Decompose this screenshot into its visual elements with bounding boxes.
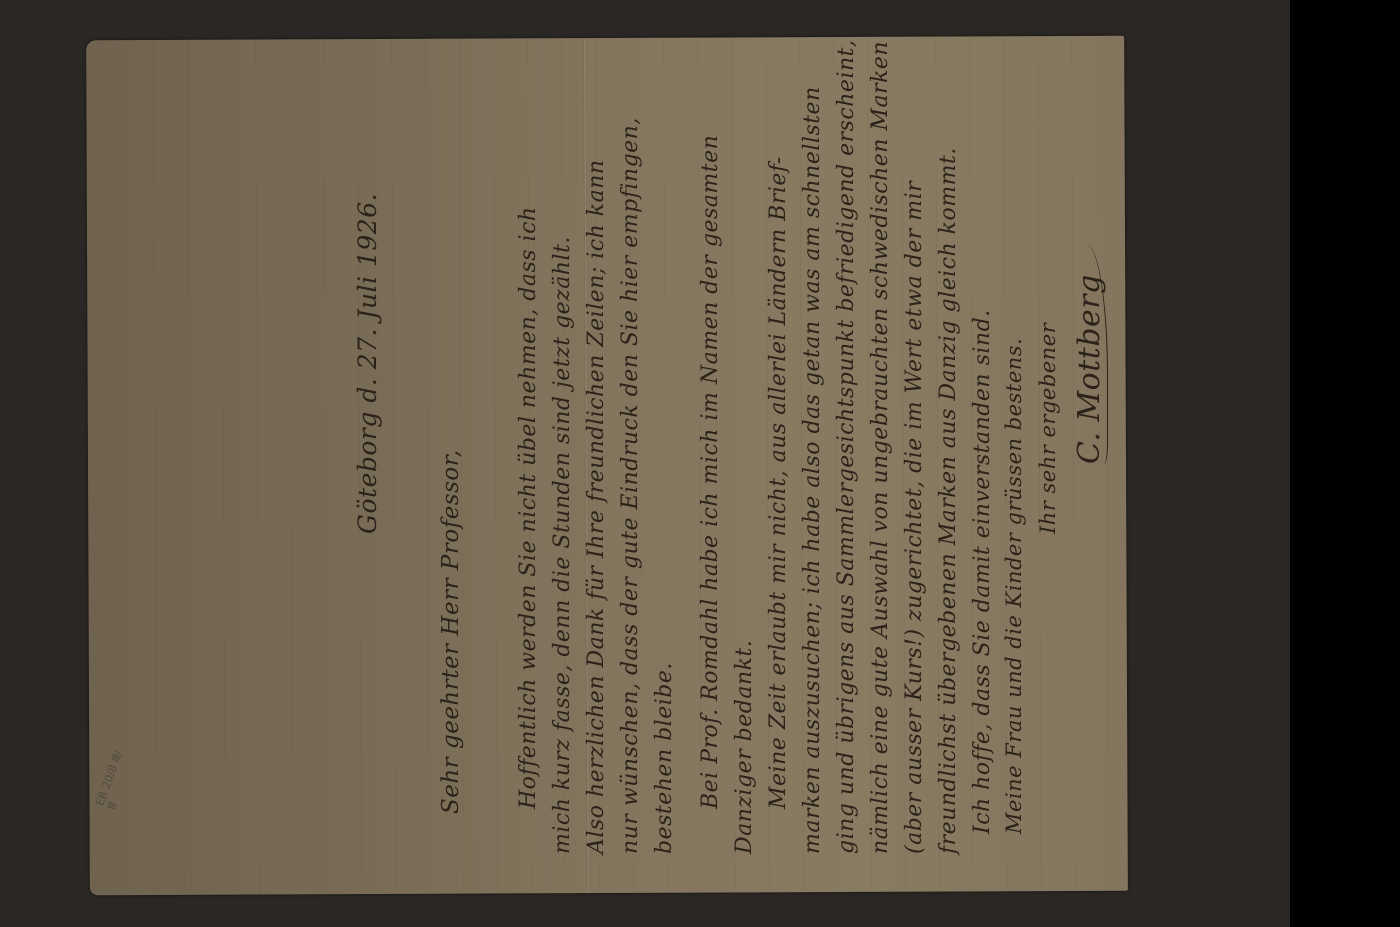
letter-body-line: Ich hoffe, dass Sie damit einverstanden … [970,309,995,834]
letter-body-line: nur wünschen, dass der gute Eindruck den… [618,117,643,854]
letter-body-line: (aber ausser Kurs!) zugerichtet, die im … [902,181,927,854]
letter-closing-line: Meine Frau und die Kinder grüssen besten… [1002,338,1026,834]
letter-body-line: Hoffentlich werden Sie nicht übel nehmen… [516,206,541,809]
letter-body-line: nämlich eine gute Auswahl von ungebrauch… [868,41,893,854]
letter-body-line: Bei Prof. Romdahl habe ich mich im Namen… [698,135,723,809]
letter-closing-block: Meine Frau und die Kinder grüssen besten… [1058,44,1258,864]
letter-salutation: Sehr geehrter Herr Professor, [438,449,464,814]
letter-signature: C. Mottberg [1072,244,1108,464]
letter-body-line: ging und übrigens aus Sammlergesichtspun… [834,40,859,854]
letter-body-line: freundlichst übergebenen Marken aus Danz… [936,147,961,854]
letter-body-line: mich kurz fasse, denn die Stunden sind j… [550,236,575,854]
letter-body-line: Also herzlichen Dank für Ihre freundlich… [584,159,609,854]
letter-dateline: Göteborg d. 27. Juli 1926. [353,193,382,534]
letter-body-line: marken auszusuchen; ich habe also das ge… [800,86,825,854]
letter-body-line: Danziger bedankt. [732,640,757,854]
letter-closing-line: Ihr sehr ergebener [1036,323,1060,534]
letter-body-line: bestehen bleibe. [652,662,677,854]
letter-body-line: Meine Zeit erlaubt mir nicht, aus allerl… [766,156,791,809]
letter-text-block: Göteborg d. 27. Juli 1926. Sehr geehrter… [98,44,978,864]
